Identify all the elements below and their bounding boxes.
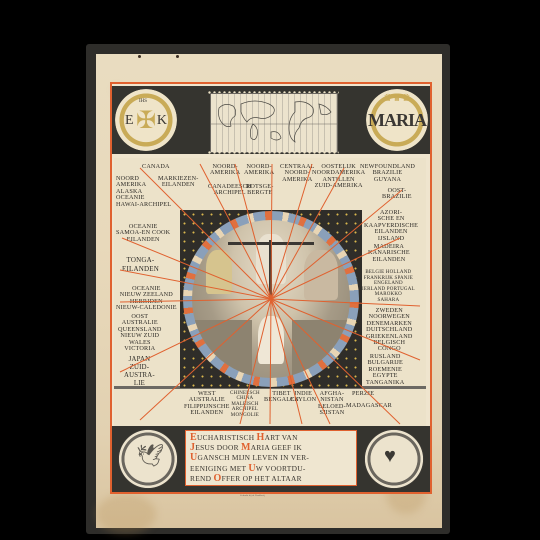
region-label: NEWFOUNDLAND BRAZILIE GUYANA — [360, 164, 415, 183]
mary-figure — [206, 250, 232, 294]
region-label: OCEANIE NIEUW ZEELAND HEBRIDEN NIEUW-CAL… — [116, 286, 177, 312]
tack-hole — [176, 55, 179, 58]
region-label: OOSTELIJK NOORDAMERIKA ANTILLEN ZUID-AME… — [312, 164, 365, 190]
printer-note: Gedrukt bij de Drukkerij — [240, 494, 265, 497]
priest-figure — [258, 316, 284, 364]
region-label: AZORI- SCHE EN KAAPVERDISCHE EILANDEN IJ… — [364, 210, 418, 242]
region-label: INDIE CEYLON — [290, 391, 316, 404]
region-label: WEST AUSTRALIE FILIPPIJNSCHE EILANDEN — [184, 391, 230, 417]
region-label: OOST- BRAZILIE — [382, 188, 412, 201]
maria-monogram: MARIA — [368, 112, 426, 128]
sacred-heart-medallion: ♥ — [364, 429, 424, 489]
medallion-letter-e: E — [125, 113, 134, 129]
saints-group — [304, 250, 338, 300]
region-label: AFGHA- NISTAN BELOED- SJISTAN — [318, 391, 346, 417]
chalice-icon: ✠ — [136, 106, 156, 135]
region-label: NOORD- AMERIKA — [244, 164, 274, 177]
world-map — [210, 93, 338, 153]
eucharist-medallion: ✠ E K IHS — [115, 89, 177, 151]
sacred-heart-icon: ♥ — [384, 445, 396, 468]
region-label: ROTSGE- BERGTE — [246, 184, 274, 197]
regions-bottom-panel: WEST AUSTRALIE FILIPPIJNSCHE EILANDEN CH… — [114, 386, 426, 429]
central-scene — [192, 220, 350, 378]
regions-right-panel: AZORI- SCHE EN KAAPVERDISCHE EILANDEN IJ… — [362, 210, 426, 404]
region-label: ZWEDEN NOORWEGEN DENEMARKEN DUITSCHLAND … — [366, 308, 413, 353]
tack-hole — [138, 55, 141, 58]
region-label: BELGIE HOLLAND FRANKRIJK SPANJE ENGELAND… — [362, 270, 415, 304]
prayer-line: REND OFFER OP HET ALTAAR — [190, 474, 352, 484]
prayer-line: JESUS DOOR MARIA GEEF IK — [190, 443, 352, 453]
maria-medallion: ♛♛♛ MARIA — [366, 89, 428, 151]
region-label: OCEANIE SAMOA-EN COOK EILANDEN — [116, 224, 170, 243]
crown-icon: ♛♛♛ — [384, 93, 411, 104]
prayer-line: EUCHARISTISCH HART VAN — [190, 433, 352, 443]
regions-top-panel: CANADA NOORD- AMERIKA NOORD- AMERIKA CEN… — [114, 158, 426, 213]
region-label: JAPAN ZUID- AUSTRA- LIE — [124, 356, 155, 388]
cross-post — [269, 240, 272, 300]
map-border-bottom — [207, 151, 339, 154]
pelican-icon: 🕊 — [136, 443, 164, 469]
region-label: CENTRAAL NOORD- AMERIKA — [280, 164, 315, 183]
region-label: OOST AUSTRALIE QUEENSLAND NIEUW ZUID WAL… — [118, 314, 162, 352]
ihs-monogram: IHS — [139, 99, 147, 104]
prayer-line: UGANSCH MIJN LEVEN IN VER- — [190, 453, 352, 463]
regions-left-panel: OCEANIE SAMOA-EN COOK EILANDEN TONGA- EI… — [114, 210, 180, 404]
region-label: CANADA — [142, 164, 170, 170]
region-label: MARKIEZEN- EILANDEN — [158, 176, 199, 189]
pelican-medallion: 🕊 — [118, 429, 178, 489]
region-label: NOORD- AMERIKA — [210, 164, 240, 177]
region-label: PERZIE — [352, 391, 374, 397]
congregation-left — [192, 320, 252, 378]
region-label: CHINEESCH CHINA MALEISCH ARCHIPEL MONGOL… — [230, 391, 260, 418]
region-label: MADEIRA KANARISCHE EILANDEN — [368, 244, 410, 263]
medallion-letter-k: K — [157, 113, 167, 129]
congregation-right — [292, 320, 350, 378]
prayer-text-box: EUCHARISTISCH HART VAN JESUS DOOR MARIA … — [185, 430, 357, 486]
region-label: MADAGASCAR — [346, 403, 392, 409]
region-label: TONGA- EILANDEN — [122, 256, 159, 274]
